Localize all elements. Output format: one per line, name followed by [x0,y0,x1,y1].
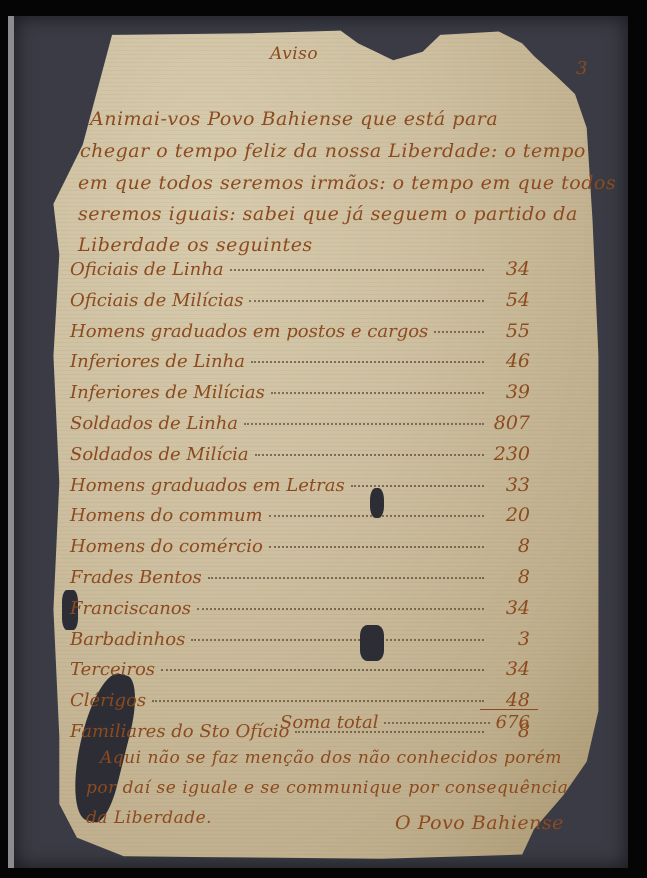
intro-line: em que todos seremos irmãos: o tempo em … [78,172,616,194]
list-item: Homens graduados em Letras33 [70,474,530,505]
entry-count: 46 [490,350,530,372]
entry-label: Homens graduados em Letras [70,475,345,496]
intro-line: Liberdade os seguintes [78,234,313,256]
entry-label: Soldados de Milícia [70,444,249,465]
leader-dots [434,331,484,333]
page-number: 3 [576,58,588,79]
leader-dots [249,300,484,302]
entry-count: 55 [490,320,530,342]
leader-dots [271,392,484,394]
leader-dots [152,700,484,702]
list-item: Soldados de Linha807 [70,412,530,443]
entry-count: 34 [490,597,530,619]
leader-dots [161,669,484,671]
header-word: Aviso [270,44,318,64]
entry-count: 807 [490,412,530,434]
entry-count: 39 [490,381,530,403]
total-label: Soma total [280,712,378,733]
entry-label: Franciscanos [70,598,191,619]
entry-label: Soldados de Linha [70,413,238,434]
entry-count: 34 [490,258,530,280]
list-item: Franciscanos34 [70,597,530,628]
entry-label: Terceiros [70,659,155,680]
entry-count: 48 [490,689,530,711]
supporters-list: Oficiais de Linha34 Oficiais de Milícias… [70,258,530,751]
closing-line: da Liberdade. [86,808,212,828]
entry-count: 34 [490,658,530,680]
list-item: Soldados de Milícia230 [70,443,530,474]
intro-line: seremos iguais: sabei que já seguem o pa… [78,203,578,225]
closing-line: Aqui não se faz menção dos não conhecido… [100,748,562,768]
list-item: Terceiros34 [70,658,530,689]
list-item: Oficiais de Milícias54 [70,289,530,320]
entry-label: Inferiores de Linha [70,351,245,372]
entry-label: Homens do comércio [70,536,263,557]
entry-count: 8 [490,535,530,557]
entry-label: Homens graduados em postos e cargos [70,321,428,342]
leader-dots [255,454,484,456]
entry-count: 8 [490,566,530,588]
entry-label: Barbadinhos [70,629,185,650]
entry-label: Homens do commum [70,505,263,526]
closing-line: por daí se iguale e se communique por co… [86,778,568,798]
entry-label: Inferiores de Milícias [70,382,265,403]
total-row: Soma total 676 [280,712,530,733]
sum-rule [480,709,538,710]
leader-dots [208,577,484,579]
list-item: Homens do comércio8 [70,535,530,566]
list-item: Homens do commum20 [70,504,530,535]
leader-dots [269,515,484,517]
total-value: 676 [496,712,530,733]
entry-count: 54 [490,289,530,311]
entry-label: Oficiais de Milícias [70,290,243,311]
leader-dots [251,361,484,363]
entry-label: Familiares do Sto Ofício [70,721,289,742]
intro-line: chegar o tempo feliz da nossa Liberdade:… [80,140,586,162]
leader-dots [191,639,484,641]
leader-dots [244,423,484,425]
entry-count: 20 [490,504,530,526]
leader-dots [269,546,484,548]
leader-dots [197,608,484,610]
list-item: Homens graduados em postos e cargos55 [70,320,530,351]
list-item: Frades Bentos8 [70,566,530,597]
entry-count: 230 [490,443,530,465]
entry-label: Oficiais de Linha [70,259,224,280]
intro-line: Animai-vos Povo Bahiense que está para [90,108,498,130]
leader-dots [384,722,489,724]
leader-dots [230,269,484,271]
entry-count: 3 [490,628,530,650]
list-item: Oficiais de Linha34 [70,258,530,289]
entry-label: Clérigos [70,690,146,711]
list-item: Inferiores de Linha46 [70,350,530,381]
entry-label: Frades Bentos [70,567,202,588]
entry-count: 33 [490,474,530,496]
leader-dots [351,485,484,487]
list-item: Inferiores de Milícias39 [70,381,530,412]
list-item: Barbadinhos3 [70,628,530,659]
signature: O Povo Bahiense [395,812,564,834]
